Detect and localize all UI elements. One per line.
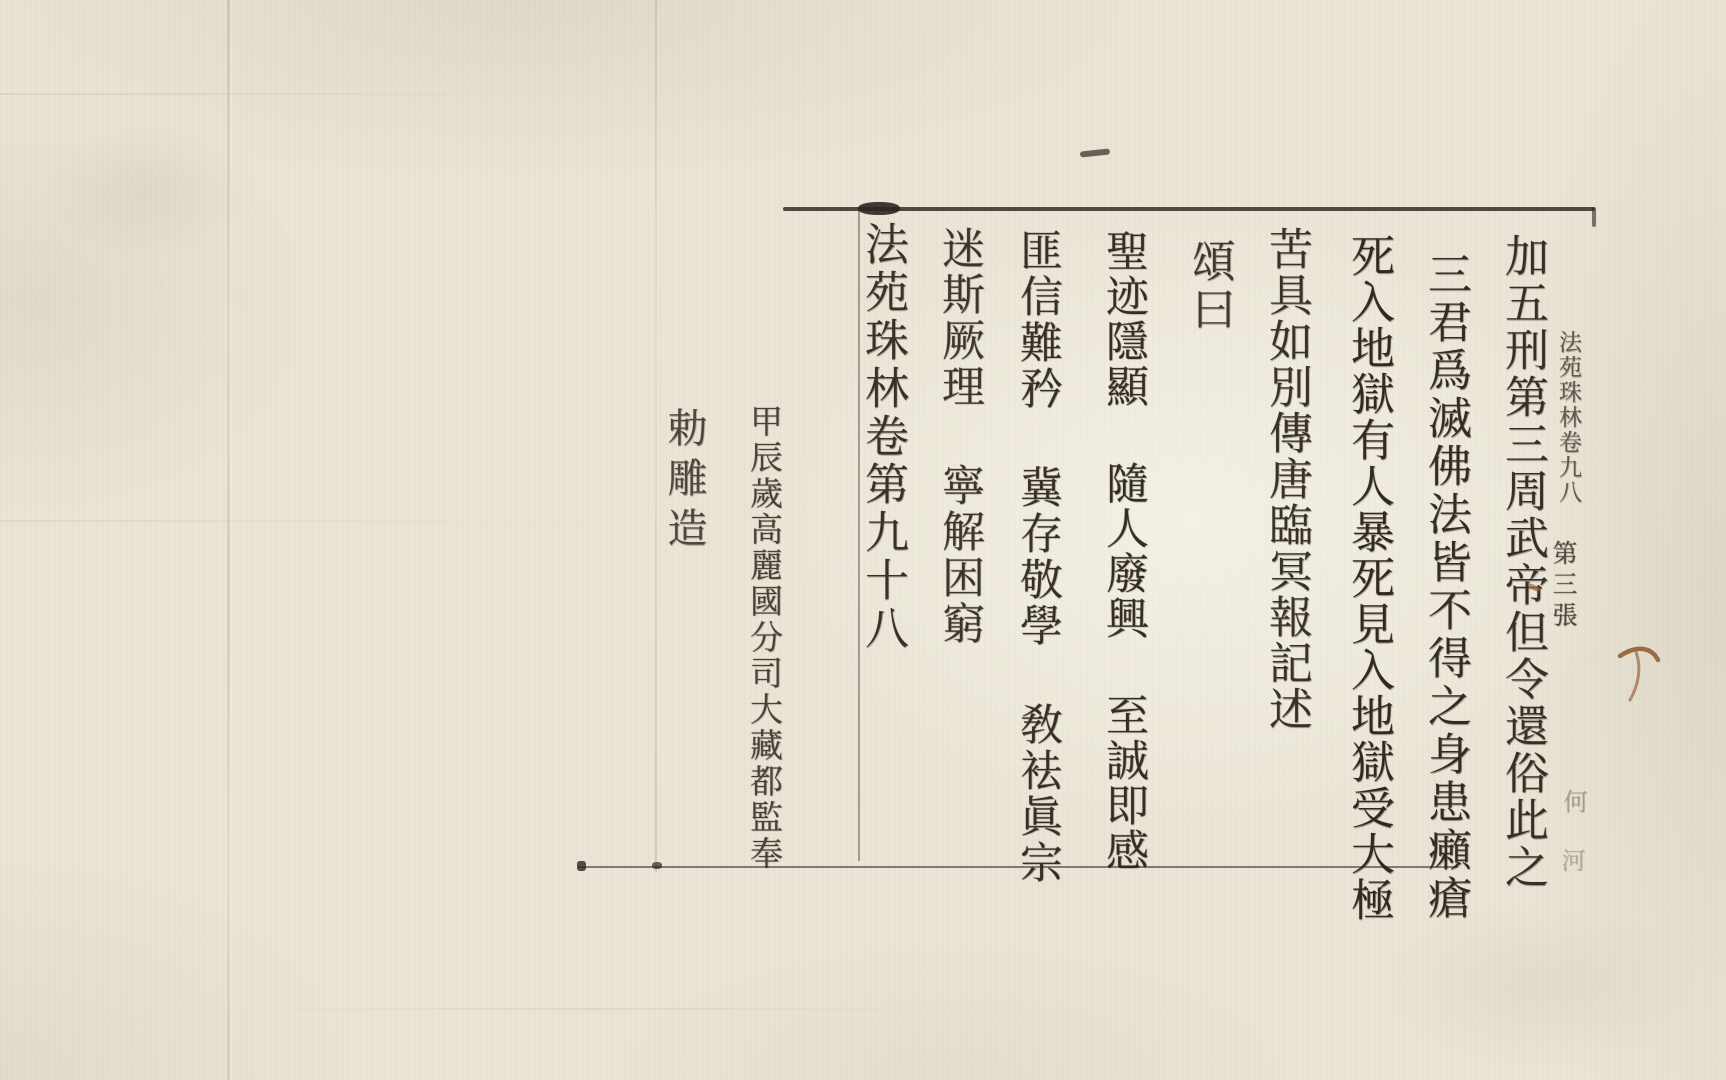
margin-sheet-label: 第三張 (1551, 540, 1576, 633)
ink-dash-mark (1080, 148, 1110, 157)
engraver-mark-2: 河 (1559, 848, 1583, 874)
verse-column-3: 迷斯厥理 寧解困窮 (938, 226, 981, 647)
engraver-mark-1: 何 (1561, 789, 1585, 815)
margin-volume-label: 法苑珠林卷九八 (1556, 330, 1579, 505)
scripture-column-4: 苦具如別傳唐臨冥報記述 (1264, 226, 1308, 732)
verse-column-1: 聖迹隱顯 隨人廢興 至誠即感 (1102, 229, 1145, 873)
scripture-column-3: 死入地獄有人暴死見入地獄受大極 (1346, 233, 1390, 923)
paper-crease-horizontal-mid (0, 520, 620, 522)
paper-crease-left-vertical (227, 0, 230, 1080)
paper-crease-center-vertical (655, 0, 657, 872)
frame-top-border (783, 207, 1595, 211)
scripture-column-2: 三君爲滅佛法皆不得之身患癩瘡 (1423, 251, 1467, 923)
paper-crease-horizontal-lower (240, 1008, 940, 1010)
verse-heading-column: 頌曰 (1187, 238, 1231, 334)
frame-top-ink-blob (858, 202, 900, 215)
paper-crease-horizontal-upper (0, 93, 540, 95)
frame-bottom-ink-dot-left (577, 861, 586, 871)
verse-column-2: 匪信難矜 冀存敬學 敎袪眞宗 (1016, 228, 1059, 886)
paper-stain-topleft (40, 120, 260, 260)
woodblock-print-scan: 加五刑第三周武帝但令還俗此之 三君爲滅佛法皆不得之身患癩瘡 死入地獄有人暴死見入… (0, 0, 1726, 1080)
paper-stain-bottomright (1380, 900, 1700, 1070)
frame-bottom-ink-dot-mid (652, 862, 662, 869)
colophon-edict-column: 勅雕造 (664, 407, 704, 557)
end-title-column: 法苑珠林卷第九十八 (860, 221, 904, 653)
scripture-column-1: 加五刑第三周武帝但令還俗此之 (1500, 233, 1544, 891)
colophon-date-column: 甲辰歲高麗國分司大藏都監奉 (748, 404, 781, 872)
frame-top-right-hook (1592, 207, 1596, 227)
paper-fiber-speck (1612, 638, 1668, 712)
